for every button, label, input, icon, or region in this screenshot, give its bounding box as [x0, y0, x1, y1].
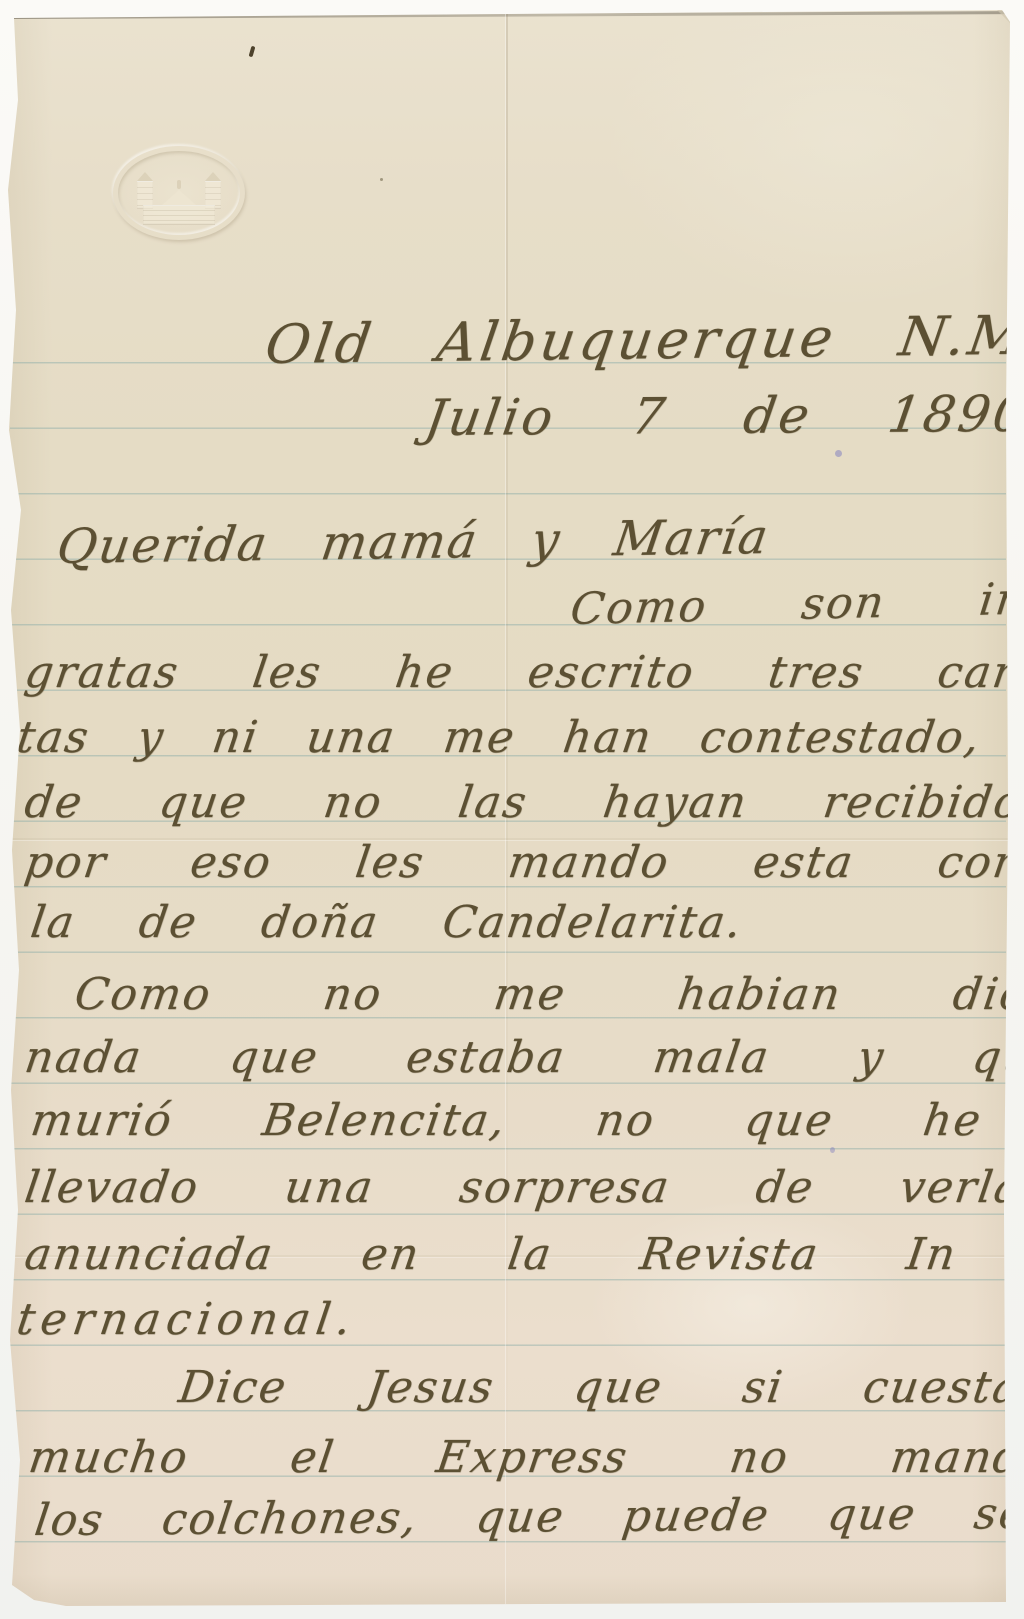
- building-icon: [139, 173, 219, 225]
- body-line: murió Belencita, no que he: [28, 1099, 985, 1143]
- ink-speck: [830, 1147, 835, 1153]
- body-line: Como no me habian dicho: [72, 973, 1024, 1017]
- body-line: los colchones, que puede que sean: [32, 1492, 1024, 1543]
- paper-corner-fold: [997, 10, 1010, 23]
- letter-paper: Old Albuquerque N.M. Julio 7 de 1890 Que…: [6, 10, 1012, 1610]
- building-pediment: [162, 190, 196, 205]
- ink-speck: [835, 450, 842, 457]
- body-line: ternacional.: [14, 1298, 359, 1342]
- body-line: mucho el Express no manden: [26, 1436, 1024, 1480]
- building-base: [143, 205, 215, 225]
- body-line: por eso les mando esta con: [22, 841, 1024, 885]
- body-line: anunciada en la Revista In: [22, 1233, 960, 1277]
- scanned-letter-page: Old Albuquerque N.M. Julio 7 de 1890 Que…: [0, 0, 1024, 1619]
- paper-top-edge: [14, 11, 1006, 18]
- body-line: llevado una sorpresa de verla: [22, 1166, 1024, 1210]
- body-line: tas y ni una me han contestado, pue: [14, 716, 1024, 760]
- body-line: la de doña Candelarita.: [28, 901, 746, 945]
- body-line: Como son in: [568, 578, 1024, 632]
- embossed-seal-icon: [113, 146, 245, 240]
- salutation: Querida mamá y María: [54, 513, 773, 571]
- body-line: Dice Jesus que si cuesta: [176, 1366, 1024, 1410]
- heading-date: Julio 7 de 1890: [422, 389, 1024, 443]
- ink-speck: [380, 178, 383, 181]
- body-line: gratas les he escrito tres car: [22, 651, 1019, 695]
- body-line: de que no las hayan recibido: [22, 781, 1024, 825]
- building-spire: [177, 180, 181, 189]
- ink-mark: [249, 46, 256, 58]
- heading-place: Old Albuquerque N.M.: [262, 308, 1024, 372]
- body-line: nada que estaba mala y que: [22, 1036, 1024, 1080]
